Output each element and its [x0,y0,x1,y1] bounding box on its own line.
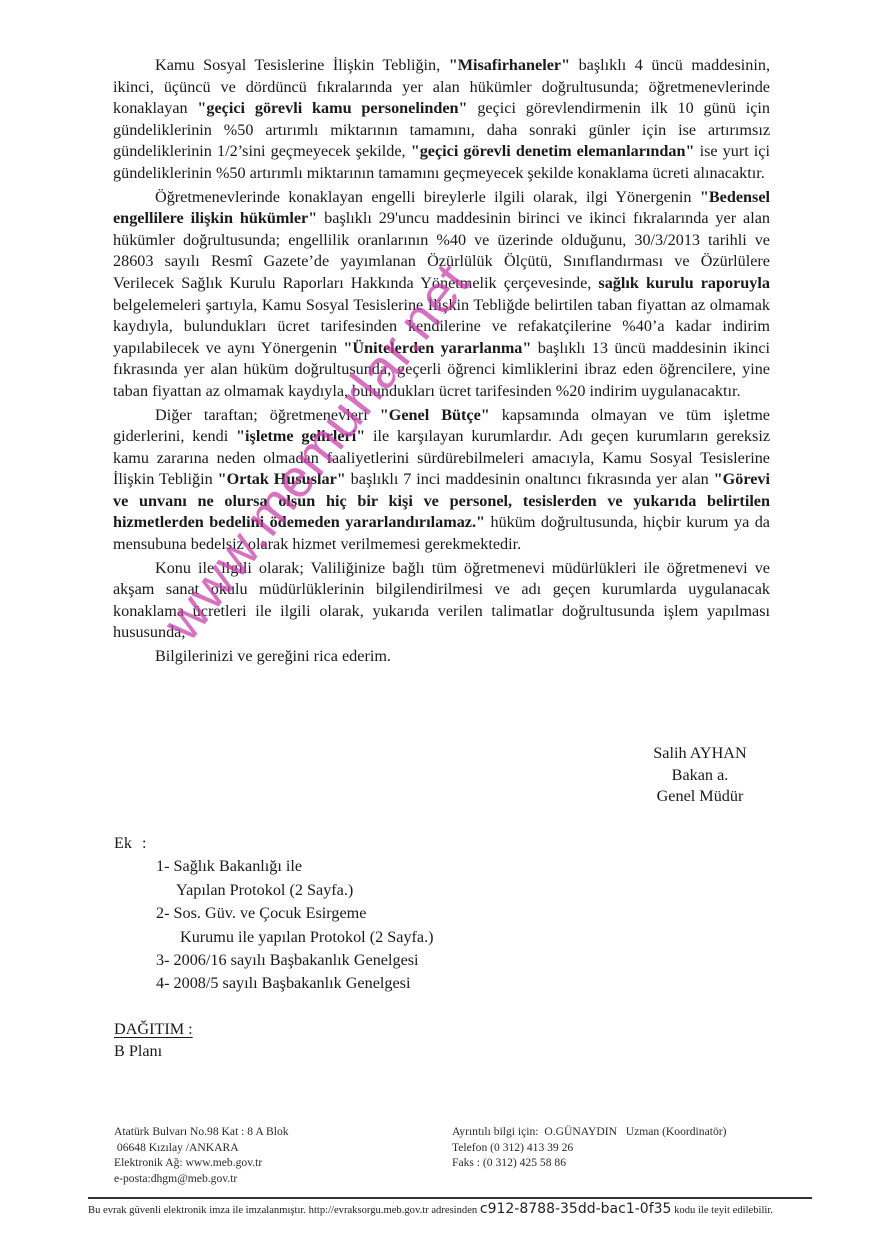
verification-prefix: Bu evrak güvenli elektronik imza ile imz… [88,1205,480,1216]
signer-capacity: Bakan a. [600,765,800,787]
distribution-title: DAĞITIM : [114,1018,193,1040]
attachments-list: 1- Sağlık Bakanlığı ile Yapılan Protokol… [156,855,434,995]
attachments-colon: : [142,832,147,855]
phone-line: Telefon (0 312) 413 39 26 [452,1140,726,1156]
paragraph-text: Bilgilerinizi ve gereğini rica ederim. [155,647,391,665]
body-paragraph: Bilgilerinizi ve gereğini rica ederim. [113,646,770,668]
emphasized-text: "geçici görevli denetim elemanlarından" [411,142,695,160]
attachment-item: 2- Sos. Güv. ve Çocuk Esirgeme Kurumu il… [156,902,434,949]
document-page: Kamu Sosyal Tesislerine İlişkin Tebliğin… [0,0,880,1245]
email-line: e-posta:dhgm@meb.gov.tr [114,1171,289,1187]
paragraph-text: Konu ile ilgili olarak; Valiliğinize bağ… [113,559,770,642]
verification-note: Bu evrak güvenli elektronik imza ile imz… [88,1201,812,1219]
emphasized-text: "Genel Bütçe" [380,406,490,424]
attachments-label: Ek [114,832,142,855]
attachment-line: 3- 2006/16 sayılı Başbakanlık Genelgesi [156,949,434,972]
attachment-item: 1- Sağlık Bakanlığı ile Yapılan Protokol… [156,855,434,902]
attachment-line: 4- 2008/5 sayılı Başbakanlık Genelgesi [156,972,434,995]
fax-line: Faks : (0 312) 425 58 86 [452,1155,726,1171]
signer-name: Salih AYHAN [600,743,800,765]
paragraph-text: Kamu Sosyal Tesislerine İlişkin Tebliğin… [155,56,449,74]
verification-suffix: kodu ile teyit edilebilir. [671,1205,773,1216]
emphasized-text: "geçici görevli kamu personelinden" [197,99,467,117]
attachment-item: 4- 2008/5 sayılı Başbakanlık Genelgesi [156,972,434,995]
paragraph-text: başlıklı 7 inci maddesinin onaltıncı fık… [346,470,714,488]
verification-code: c912-8788-35dd-bac1-0f35 [480,1201,672,1217]
address-line: Atatürk Bulvarı No.98 Kat : 8 A Blok [114,1124,289,1140]
attachment-line: Kurumu ile yapılan Protokol (2 Sayfa.) [156,926,434,949]
body-paragraph: Diğer taraftan; öğretmenevleri "Genel Bü… [113,405,770,556]
address-line: 06648 Kızılay /ANKARA [114,1140,289,1156]
attachment-item: 3- 2006/16 sayılı Başbakanlık Genelgesi [156,949,434,972]
body-paragraph: Öğretmenevlerinde konaklayan engelli bir… [113,187,770,403]
distribution-value: B Planı [114,1040,193,1062]
emphasized-text: sağlık kurulu raporuyla [598,274,770,292]
letter-body: Kamu Sosyal Tesislerine İlişkin Tebliğin… [113,55,770,670]
signer-title: Genel Müdür [600,786,800,808]
attachment-line: Yapılan Protokol (2 Sayfa.) [156,879,434,902]
signature-block: Salih AYHAN Bakan a. Genel Müdür [600,743,800,808]
footer-address: Atatürk Bulvarı No.98 Kat : 8 A Blok 066… [114,1124,289,1186]
distribution-block: DAĞITIM : B Planı [114,1018,193,1062]
footer-contact: Ayrıntılı bilgi için: O.GÜNAYDIN Uzman (… [452,1124,726,1171]
website-line: Elektronik Ağ: www.meb.gov.tr [114,1155,289,1171]
emphasized-text: "Ortak Hususlar" [218,470,346,488]
emphasized-text: "işletme gelirleri" [236,427,365,445]
emphasized-text: "Misafirhaneler" [449,56,570,74]
paragraph-text: Diğer taraftan; öğretmenevleri [155,406,380,424]
attachment-line: 1- Sağlık Bakanlığı ile [156,855,434,878]
attachment-line: 2- Sos. Güv. ve Çocuk Esirgeme [156,902,434,925]
attachments-block: Ek : 1- Sağlık Bakanlığı ile Yapılan Pro… [114,832,434,996]
contact-person-line: Ayrıntılı bilgi için: O.GÜNAYDIN Uzman (… [452,1124,726,1140]
paragraph-text: Öğretmenevlerinde konaklayan engelli bir… [155,188,700,206]
emphasized-text: "Ünitelerden yararlanma" [343,339,531,357]
body-paragraph: Kamu Sosyal Tesislerine İlişkin Tebliğin… [113,55,770,185]
footer-divider [88,1197,812,1199]
body-paragraph: Konu ile ilgili olarak; Valiliğinize bağ… [113,558,770,644]
